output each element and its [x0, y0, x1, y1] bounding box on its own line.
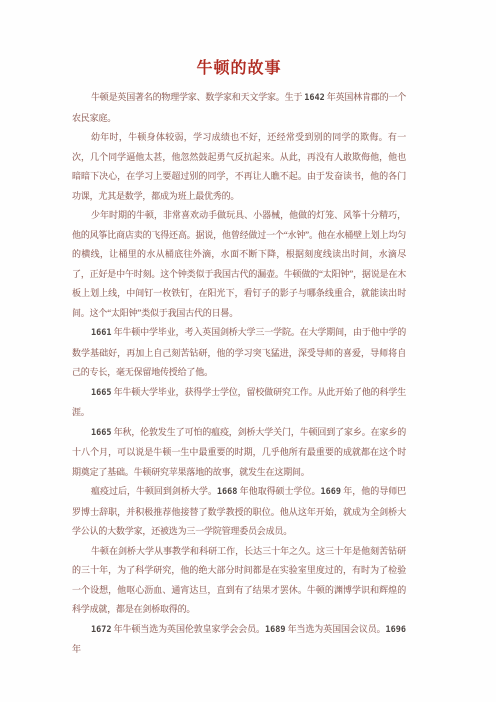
paragraph: 1665 年秋，伦敦发生了可怕的瘟疫，剑桥大学关门，牛顿回到了家乡。在家乡的十八…	[72, 423, 406, 483]
year-number: 1661	[91, 328, 111, 338]
paragraph: 瘟疫过后，牛顿回到剑桥大学。1668 年他取得硕士学位。1669 年，他的导师巴…	[72, 482, 406, 542]
paragraph: 牛顿是英国著名的物理学家、数学家和天文学家。生于 1642 年英国林肯郡的一个农…	[72, 88, 406, 128]
year-number: 1672	[91, 625, 111, 635]
paragraph: 1672 年牛顿当选为英国伦敦皇家学会会员。1689 年当选为英国国会议员。16…	[72, 620, 406, 660]
paragraph: 1661 年牛顿中学毕业，考入英国剑桥大学三一学院。在大学期间，由于他中学的数学…	[72, 323, 406, 383]
document-page: 牛顿的故事 牛顿是英国著名的物理学家、数学家和天文学家。生于 1642 年英国林…	[0, 0, 496, 702]
year-number: 1642	[304, 93, 324, 103]
document-body: 牛顿是英国著名的物理学家、数学家和天文学家。生于 1642 年英国林肯郡的一个农…	[72, 88, 406, 660]
year-number: 1696	[386, 625, 406, 635]
year-number: 1668	[217, 487, 237, 497]
year-number: 1665	[91, 388, 111, 398]
paragraph: 1665 年牛顿大学毕业，获得学士学位，留校做研究工作。从此开始了他的科学生涯。	[72, 383, 406, 423]
paragraph: 幼年时，牛顿身体较弱，学习成绩也不好，还经常受到别的同学的欺侮。有一次，几个同学…	[72, 128, 406, 206]
paragraph: 牛顿在剑桥大学从事教学和科研工作，长达三十年之久。这三十年是他刻苦钻研的三十年，…	[72, 542, 406, 620]
year-number: 1689	[265, 625, 285, 635]
year-number: 1665	[91, 428, 111, 438]
page-title: 牛顿的故事	[72, 59, 406, 78]
year-number: 1669	[321, 487, 341, 497]
paragraph: 少年时期的牛顿，非常喜欢动手做玩具、小器械，他做的灯笼、风筝十分精巧，他的风筝比…	[72, 206, 406, 323]
